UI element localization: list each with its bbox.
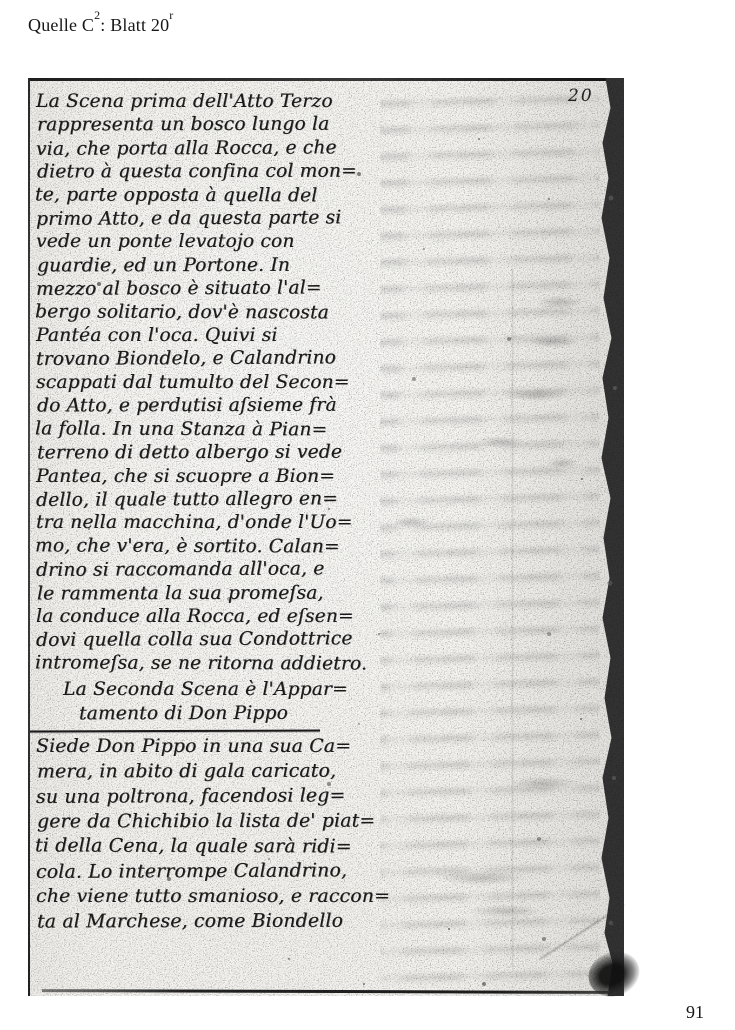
manuscript-line: che viene tutto smanioso, e raccon=	[36, 885, 388, 910]
manuscript-line: drino si raccomanda all'oca, e	[36, 557, 388, 582]
manuscript-line: la conduce alla Rocca, ed eſsen=	[36, 605, 388, 628]
manuscript-line: dello, il quale tutto allegro en=	[36, 487, 388, 512]
manuscript-line: la folla. In una Stanza à Pian=	[35, 417, 387, 442]
manuscript-line: le rammenta la sua promeſsa,	[37, 581, 389, 605]
manuscript-line: ta al Marchese, come Biondello	[37, 909, 389, 935]
page-number: 91	[686, 1002, 704, 1023]
bleedthrough-ghost-text	[380, 88, 600, 988]
book-page: { "caption": { "source_label": "Quelle C…	[0, 0, 735, 1030]
manuscript-line: terreno di detto albergo si vede	[37, 441, 389, 465]
manuscript-text-column: La Scena prima dell'Atto Terzorappresent…	[36, 90, 388, 934]
sheet-caption-superscript: r	[169, 8, 173, 22]
scene1-description: La Scena prima dell'Atto Terzorappresent…	[36, 90, 388, 675]
source-caption: Quelle C2: Blatt 20r	[28, 13, 174, 36]
manuscript-line: cola. Lo interrompe Calandrino,	[36, 859, 388, 886]
bleedthrough-smudge	[528, 293, 592, 311]
heading-line: La Seconda Scena è l'Appar=	[36, 678, 388, 702]
manuscript-line: mera, in abito di gala caricato,	[37, 760, 389, 786]
manuscript-line: te, parte opposta à quella del	[35, 183, 387, 208]
bleedthrough-smudge	[384, 514, 438, 530]
manuscript-line: scappati dal tumulto del Secon=	[36, 371, 388, 394]
page-edge-top	[28, 78, 624, 81]
manuscript-line: do Atto, e perdutisi aſsieme frà	[37, 394, 389, 418]
manuscript-line: Pantéa con l'oca. Quivi si	[36, 324, 388, 347]
manuscript-line: intromeſsa, se ne ritorna addietro.	[35, 651, 387, 676]
heading-line: tamento di Don Pippo	[37, 702, 389, 727]
manuscript-line: via, che porta alla Rocca, e che	[36, 136, 388, 161]
manuscript-line: Pantea, che si scuopre a Bion=	[36, 465, 388, 488]
bleedthrough-smudge	[420, 868, 544, 888]
scan-crease-vertical	[512, 268, 513, 968]
manuscript-line: Siede Don Pippo in una sua Ca=	[36, 735, 388, 760]
manuscript-line: rappresenta un bosco lungo la	[37, 113, 389, 137]
manuscript-line: vede un ponte levatojo con	[36, 230, 388, 253]
manuscript-line: tra nella macchina, d'onde l'Uo=	[36, 511, 388, 534]
manuscript-line: dovi quella colla sua Condottrice	[36, 627, 388, 652]
bleedthrough-smudge	[496, 774, 590, 792]
source-caption-text: Quelle C	[28, 15, 94, 35]
manuscript-line: dietro à questa confina col mon=	[37, 160, 389, 184]
sheet-caption-text: : Blatt 20	[100, 15, 169, 35]
page-edge-left	[28, 78, 30, 996]
section-divider-rule	[28, 730, 320, 733]
manuscript-facsimile: 20 La Scena prima dell'Atto Terzorappres…	[28, 78, 624, 996]
manuscript-line: su una poltrona, facendosi leg=	[36, 784, 388, 811]
bleedthrough-smudge	[494, 386, 578, 404]
folio-number: 20	[568, 86, 594, 106]
bleedthrough-smudge	[540, 456, 584, 470]
source-caption-superscript: 2	[94, 8, 100, 22]
manuscript-line: La Scena prima dell'Atto Terzo	[36, 90, 388, 113]
manuscript-line: guardie, ed un Portone. In	[37, 253, 389, 277]
manuscript-line: gere da Chichibio la lista de' piat=	[37, 809, 389, 835]
scene2-description: Siede Don Pippo in una sua Ca=mera, in a…	[36, 735, 388, 934]
bleedthrough-smudge	[516, 334, 590, 350]
bleedthrough-smudge	[468, 434, 532, 450]
manuscript-line: bergo solitario, dov'è nascosta	[35, 300, 387, 325]
manuscript-line: primo Atto, e da questa parte si	[36, 206, 388, 231]
manuscript-line: mezzo al bosco è situato l'al=	[36, 276, 388, 301]
manuscript-line: mo, che v'era, è sortito. Calan=	[35, 534, 387, 559]
page-edge-right-rough-band	[598, 78, 624, 996]
manuscript-line: ti della Cena, la quale sarà ridi=	[35, 834, 387, 860]
manuscript-line: trovano Biondelo, e Calandrino	[36, 347, 388, 372]
scene2-heading: La Seconda Scena è l'Appar=tamento di Do…	[36, 678, 388, 726]
bleedthrough-smudge	[454, 902, 558, 920]
